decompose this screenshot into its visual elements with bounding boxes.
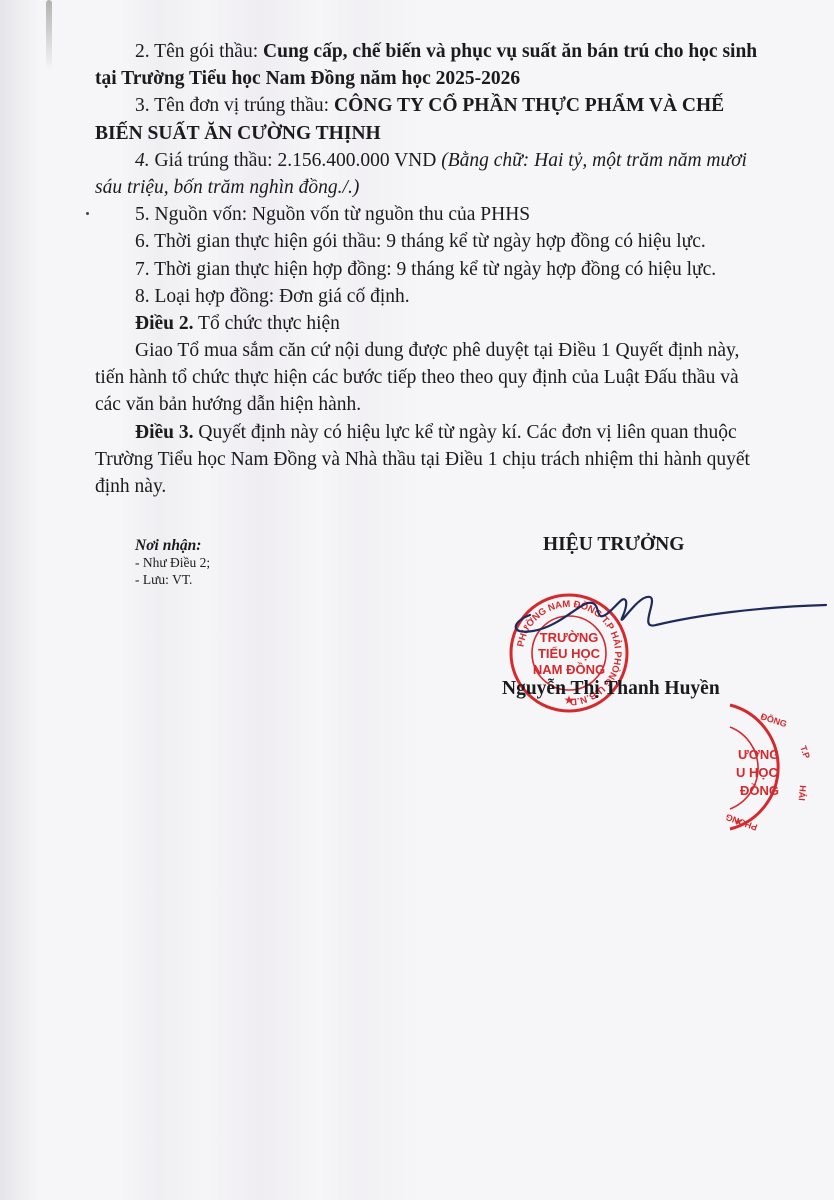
svg-text:ĐỒNG: ĐỒNG (740, 783, 779, 798)
article-3-body-2: Trường Tiểu học Nam Đồng và Nhà thầu tại… (95, 446, 800, 473)
svg-text:T.P: T.P (798, 744, 812, 760)
signer-name: Nguyễn Thị Thanh Huyền (502, 678, 720, 700)
svg-text:★: ★ (734, 817, 743, 828)
overlap-seal-stamp: ƯỜNG U HỌC ĐỒNG ĐỒNG T.P HẢI PHÒNG ★ (700, 697, 834, 837)
svg-text:ƯỜNG: ƯỜNG (738, 747, 779, 762)
article-2-heading: Điều 2. Tổ chức thực hiện (95, 310, 800, 337)
item-3-line-2: BIẾN SUẤT ĂN CƯỜNG THỊNH (95, 120, 800, 147)
signer-title: HIỆU TRƯỞNG (543, 534, 684, 556)
item-5: 5. Nguồn vốn: Nguồn vốn từ nguồn thu của… (95, 201, 800, 228)
item-2-line-1: 2. Tên gói thầu: Cung cấp, chế biến và p… (95, 38, 800, 65)
recipients-block: Nơi nhận: - Như Điều 2; - Lưu: VT. (135, 537, 210, 588)
signature (508, 585, 828, 655)
item-6: 6. Thời gian thực hiện gói thầu: 9 tháng… (95, 228, 800, 255)
article-3-line-1: Điều 3. Quyết định này có hiệu lực kể từ… (95, 419, 800, 446)
recipients-title: Nơi nhận: (135, 537, 210, 554)
document-body: 2. Tên gói thầu: Cung cấp, chế biến và p… (95, 38, 800, 500)
speck (86, 212, 89, 215)
item-4-line-1: 4. Giá trúng thầu: 2.156.400.000 VND (Bằ… (95, 147, 800, 174)
article-2-body-2: tiến hành tổ chức thực hiện các bước tiế… (95, 364, 800, 391)
paper-fold-mark (46, 0, 52, 70)
article-3-body-3: định này. (95, 473, 800, 500)
item-8: 8. Loại hợp đồng: Đơn giá cố định. (95, 283, 800, 310)
recipient-item: - Lưu: VT. (135, 571, 210, 588)
article-2-body-1: Giao Tổ mua sắm căn cứ nội dung được phê… (95, 337, 800, 364)
winning-price: 2.156.400.000 VND (277, 150, 436, 171)
svg-text:NAM ĐỒNG: NAM ĐỒNG (533, 662, 605, 677)
svg-text:U HỌC: U HỌC (736, 765, 779, 780)
item-4-line-2: sáu triệu, bốn trăm nghìn đồng./.) (95, 174, 800, 201)
winning-bidder: CÔNG TY CỔ PHẦN THỰC PHẨM VÀ CHẾ (334, 95, 724, 116)
item-3-line-1: 3. Tên đơn vị trúng thầu: CÔNG TY CỔ PHẦ… (95, 92, 800, 119)
item-2-line-2: tại Trường Tiểu học Nam Đồng năm học 202… (95, 65, 800, 92)
package-name: Cung cấp, chế biến và phục vụ suất ăn bá… (263, 41, 757, 62)
item-7: 7. Thời gian thực hiện hợp đồng: 9 tháng… (95, 256, 800, 283)
article-2-body-3: các văn bản hướng dẫn hiện hành. (95, 391, 800, 418)
recipient-item: - Như Điều 2; (135, 554, 210, 571)
svg-text:HẢI: HẢI (797, 785, 809, 801)
